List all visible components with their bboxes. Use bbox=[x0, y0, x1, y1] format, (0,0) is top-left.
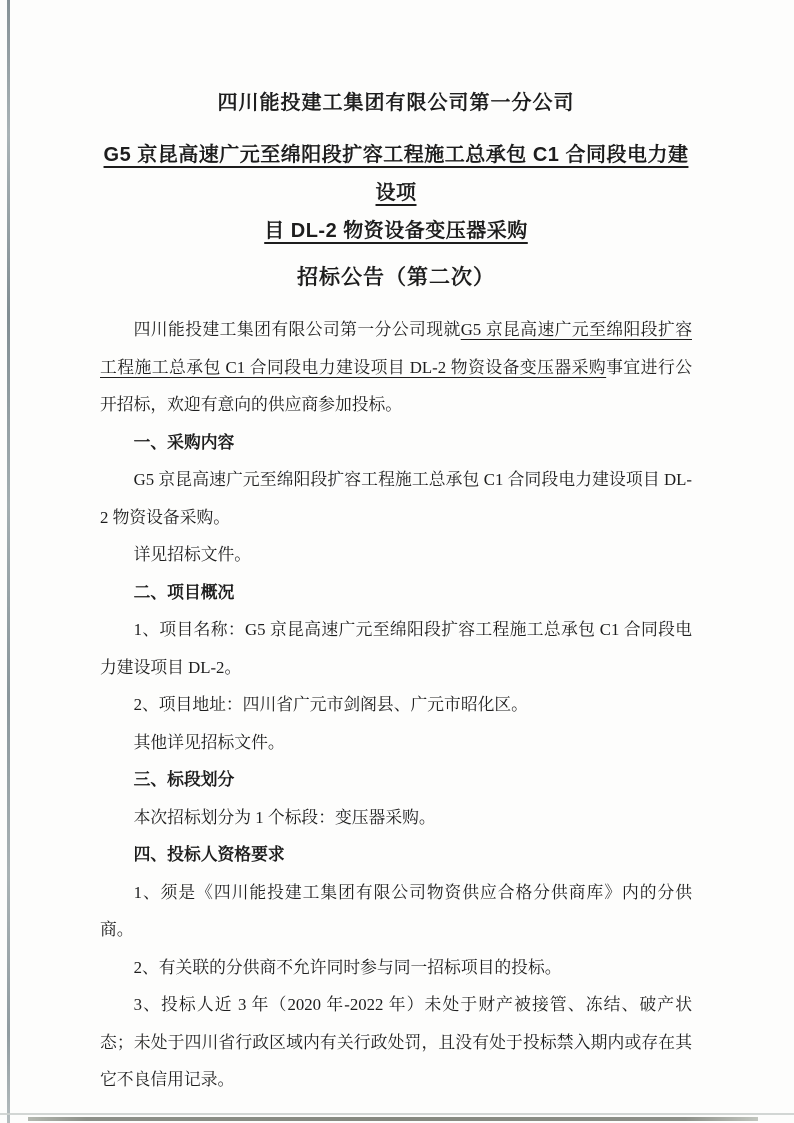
paragraph: 详见招标文件。 bbox=[100, 536, 692, 574]
announcement-title: 招标公告（第二次） bbox=[100, 259, 692, 297]
section-lot-division: 三、标段划分 本次招标划分为 1 个标段：变压器采购。 bbox=[100, 761, 692, 836]
intro-paragraph: 四川能投建工集团有限公司第一分公司现就G5 京昆高速广元至绵阳段扩容工程施工总承… bbox=[100, 311, 692, 424]
intro-prefix: 四川能投建工集团有限公司第一分公司现就 bbox=[134, 320, 461, 339]
scan-artifact-bottom-dark bbox=[28, 1117, 758, 1121]
paragraph: 1、项目名称：G5 京昆高速广元至绵阳段扩容工程施工总承包 C1 合同段电力建设… bbox=[100, 611, 692, 686]
company-title: 四川能投建工集团有限公司第一分公司 bbox=[100, 88, 692, 118]
paragraph: 2、项目地址：四川省广元市剑阁县、广元市昭化区。 bbox=[100, 686, 692, 724]
section-project-overview: 二、项目概况 1、项目名称：G5 京昆高速广元至绵阳段扩容工程施工总承包 C1 … bbox=[100, 574, 692, 762]
paragraph: 其他详见招标文件。 bbox=[100, 724, 692, 762]
project-title-line1: G5 京昆高速广元至绵阳段扩容工程施工总承包 C1 合同段电力建设项 bbox=[100, 136, 692, 212]
section-heading-4: 四、投标人资格要求 bbox=[100, 836, 692, 874]
section-heading-2: 二、项目概况 bbox=[100, 574, 692, 612]
section-heading-3: 三、标段划分 bbox=[100, 761, 692, 799]
paragraph: 3、投标人近 3 年（2020 年-2022 年）未处于财产被接管、冻结、破产状… bbox=[100, 986, 692, 1099]
paragraph: 1、须是《四川能投建工集团有限公司物资供应合格分供商库》内的分供商。 bbox=[100, 874, 692, 949]
paragraph: G5 京昆高速广元至绵阳段扩容工程施工总承包 C1 合同段电力建设项目 DL-2… bbox=[100, 461, 692, 536]
section-procurement-content: 一、采购内容 G5 京昆高速广元至绵阳段扩容工程施工总承包 C1 合同段电力建设… bbox=[100, 424, 692, 574]
document-page: 四川能投建工集团有限公司第一分公司 G5 京昆高速广元至绵阳段扩容工程施工总承包… bbox=[0, 0, 794, 1123]
section-heading-1: 一、采购内容 bbox=[100, 424, 692, 462]
project-title-line2: 目 DL-2 物资设备变压器采购 bbox=[100, 212, 692, 250]
section-bidder-qualifications: 四、投标人资格要求 1、须是《四川能投建工集团有限公司物资供应合格分供商库》内的… bbox=[100, 836, 692, 1099]
scan-artifact-bottom-light bbox=[0, 1113, 794, 1115]
project-title: G5 京昆高速广元至绵阳段扩容工程施工总承包 C1 合同段电力建设项 目 DL-… bbox=[100, 136, 692, 250]
document-content: 四川能投建工集团有限公司第一分公司 G5 京昆高速广元至绵阳段扩容工程施工总承包… bbox=[0, 0, 794, 1099]
paragraph: 本次招标划分为 1 个标段：变压器采购。 bbox=[100, 799, 692, 837]
paragraph: 2、有关联的分供商不允许同时参与同一招标项目的投标。 bbox=[100, 949, 692, 987]
